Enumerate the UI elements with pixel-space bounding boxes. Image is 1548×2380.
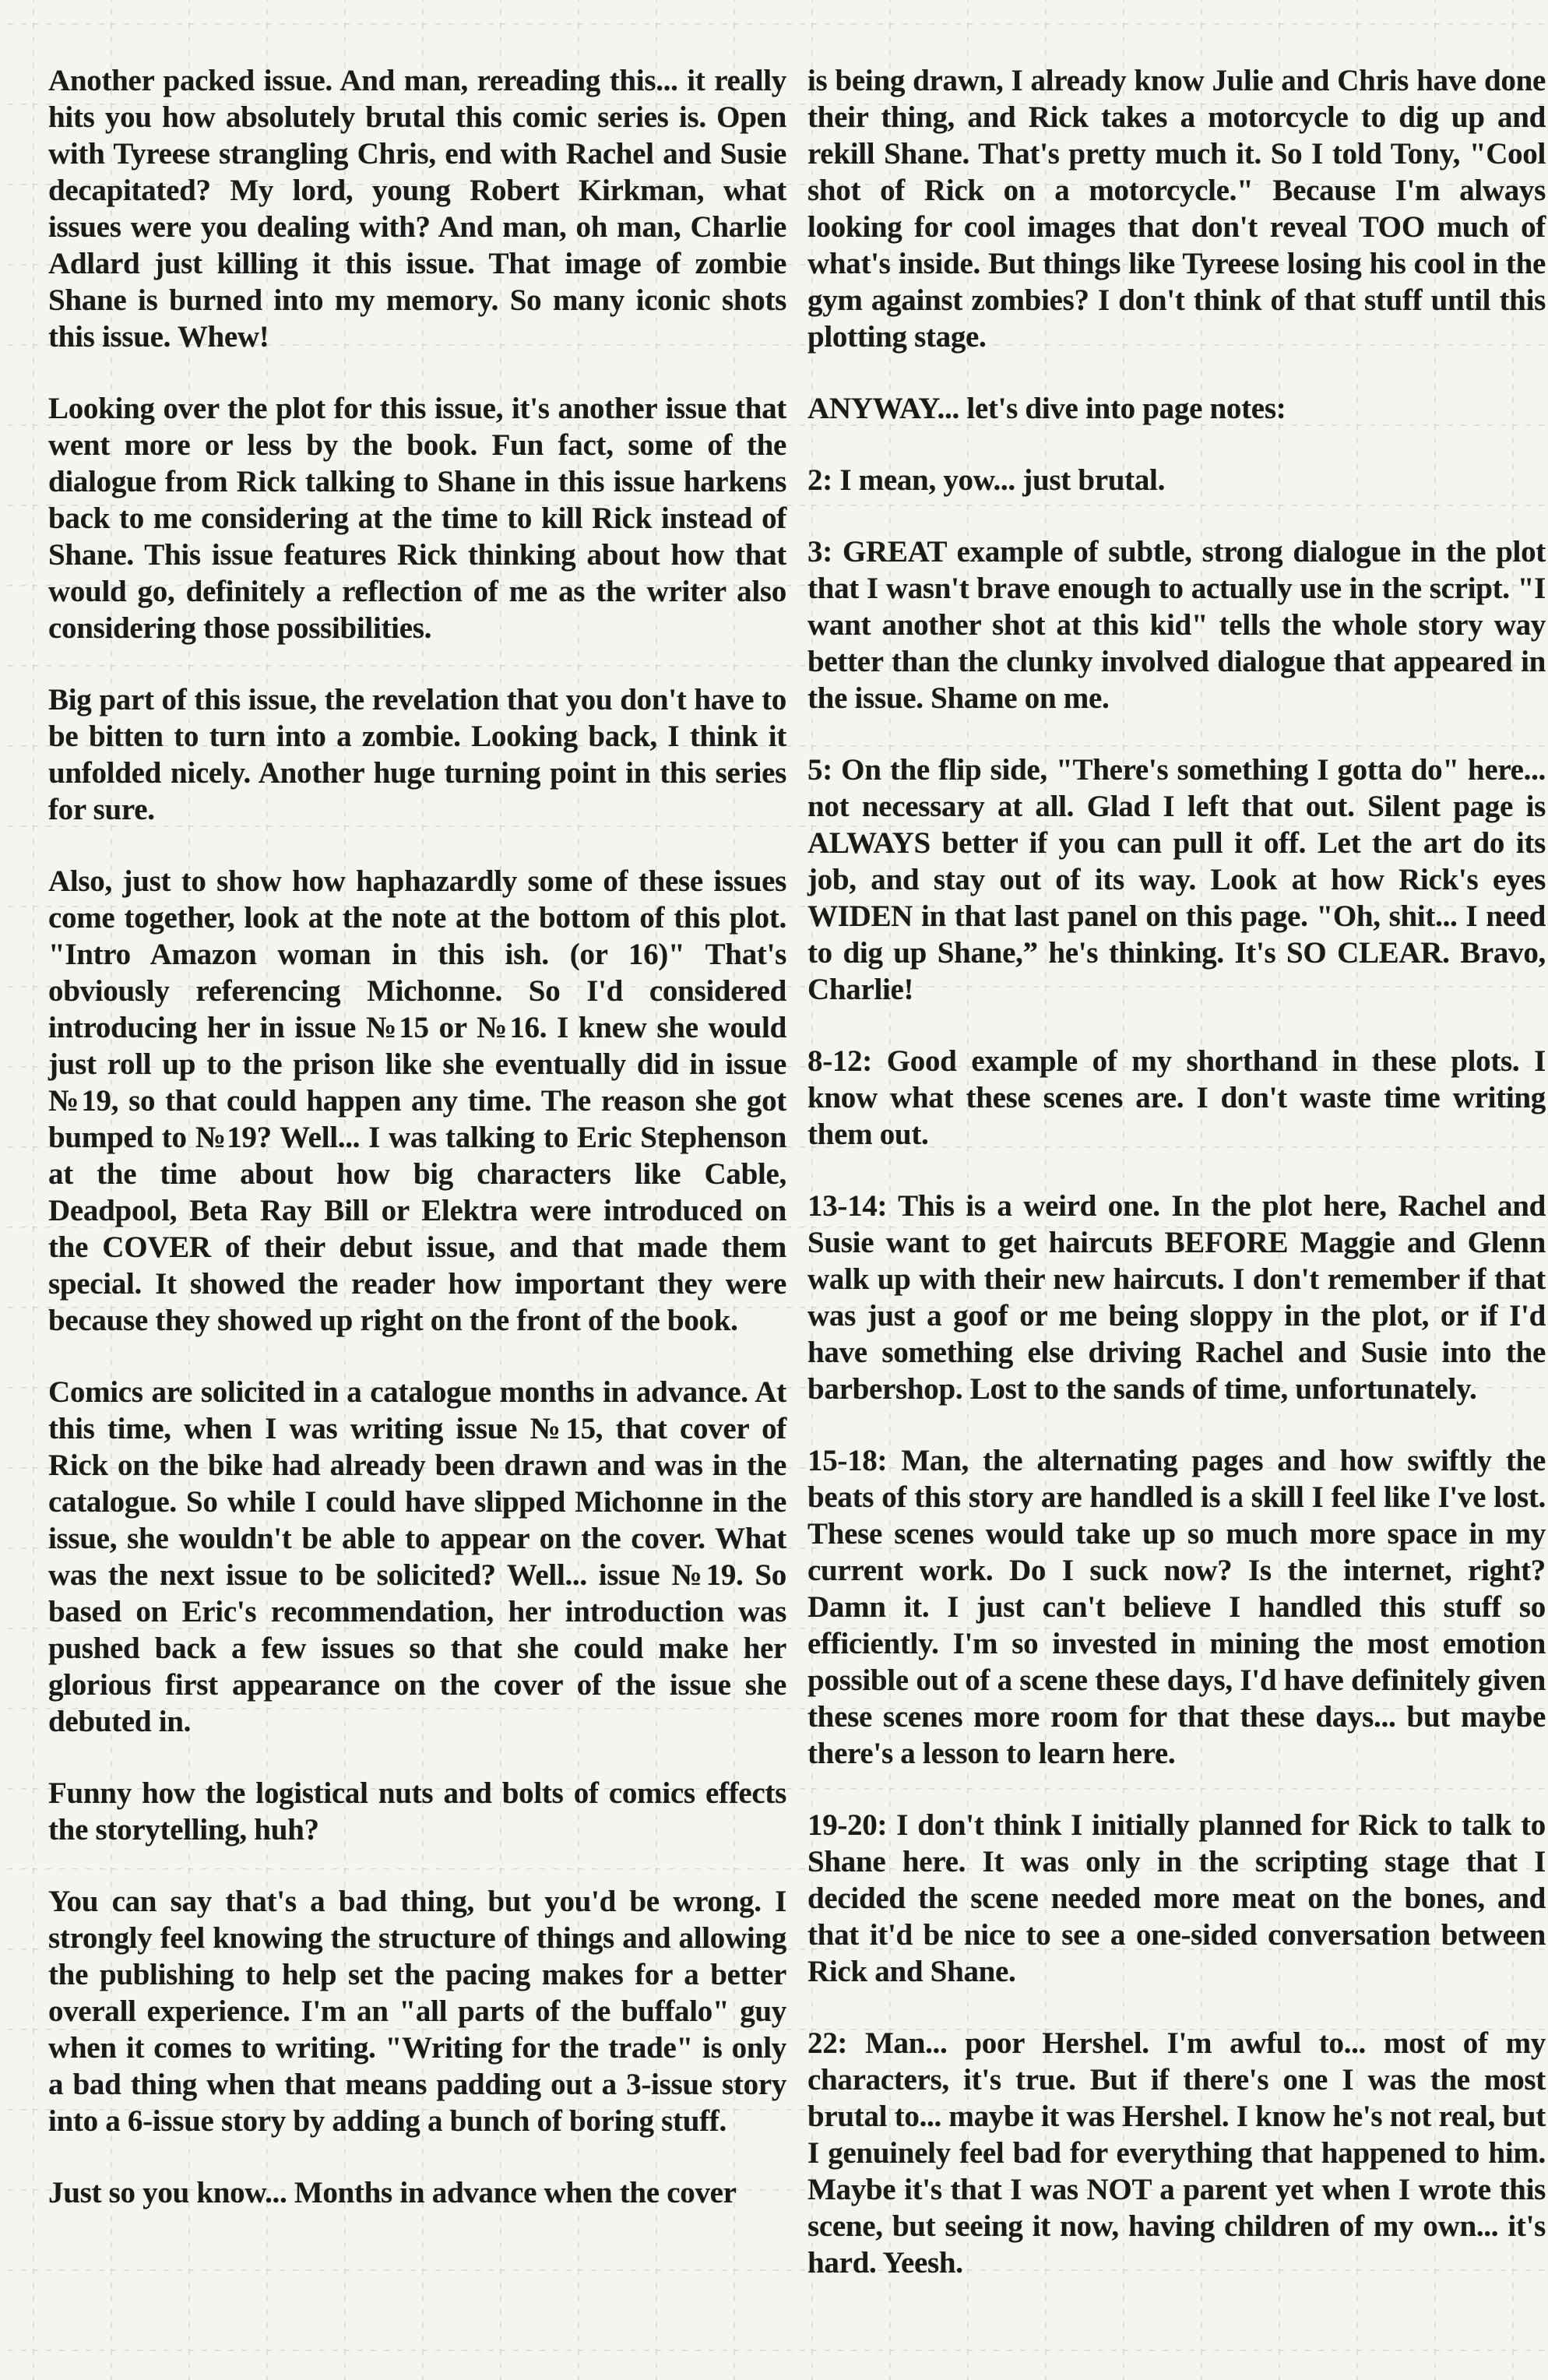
page-note-19-20: 19-20: I don't think I initially planned…	[807, 1807, 1546, 1990]
paragraph-amazon-woman-note: Also, just to show how haphazardly some …	[48, 863, 786, 1339]
page-note-3: 3: GREAT example of subtle, strong dialo…	[807, 533, 1546, 716]
page-note-5: 5: On the flip side, "There's something …	[807, 752, 1546, 1008]
left-text-column: Another packed issue. And man, rereading…	[48, 62, 786, 2211]
paragraph-page-notes-header: ANYWAY... let's dive into page notes:	[807, 390, 1546, 427]
paragraph-plot-overview: Looking over the plot for this issue, it…	[48, 390, 786, 646]
paragraph-writing-for-trade: You can say that's a bad thing, but you'…	[48, 1883, 786, 2139]
page-note-15-18: 15-18: Man, the alternating pages and ho…	[807, 1442, 1546, 1772]
page-note-8-12: 8-12: Good example of my shorthand in th…	[807, 1043, 1546, 1153]
paragraph-catalogue-solicitation: Comics are solicited in a catalogue mont…	[48, 1374, 786, 1740]
paragraph-cover-lead-in: Just so you know... Months in advance wh…	[48, 2174, 786, 2211]
paragraph-cover-continuation: is being drawn, I already know Julie and…	[807, 62, 1546, 355]
right-text-column: is being drawn, I already know Julie and…	[807, 62, 1546, 2281]
page-note-22: 22: Man... poor Hershel. I'm awful to...…	[807, 2025, 1546, 2281]
page-note-13-14: 13-14: This is a weird one. In the plot …	[807, 1188, 1546, 1407]
paragraph-logistics-remark: Funny how the logistical nuts and bolts …	[48, 1775, 786, 1848]
paragraph-intro: Another packed issue. And man, rereading…	[48, 62, 786, 355]
page-note-2: 2: I mean, yow... just brutal.	[807, 462, 1546, 498]
commentary-page: Another packed issue. And man, rereading…	[0, 0, 1548, 2380]
paragraph-big-revelation: Big part of this issue, the revelation t…	[48, 681, 786, 828]
